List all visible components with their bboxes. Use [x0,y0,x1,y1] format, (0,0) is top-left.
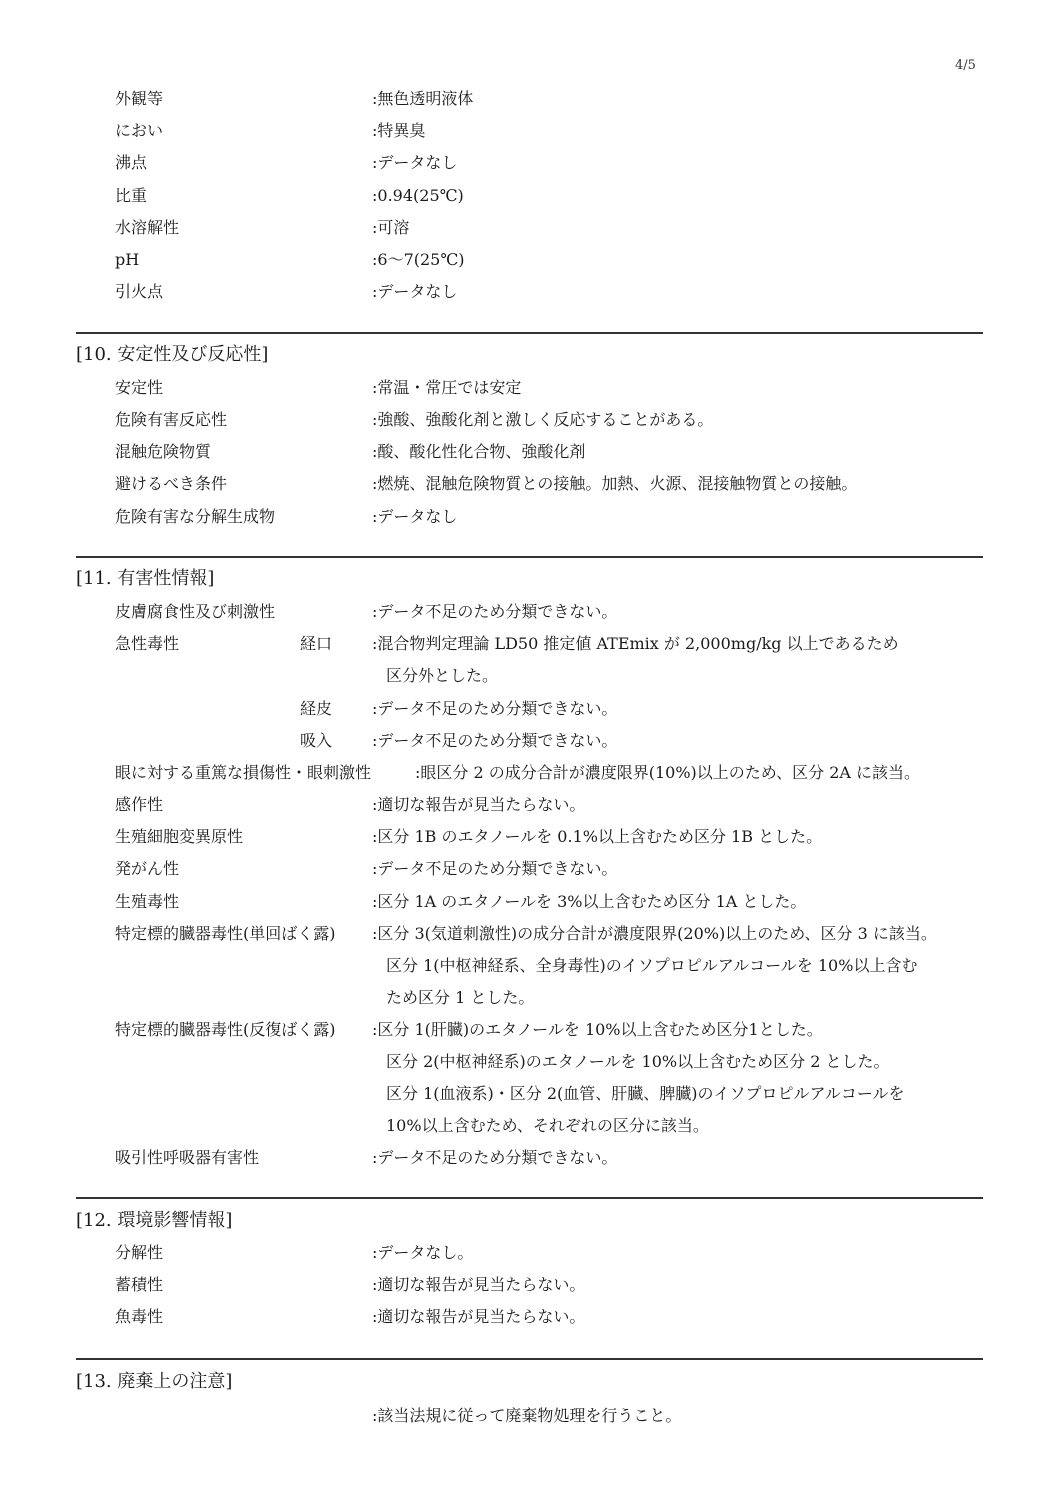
property-sublabel: 経皮 [300,697,332,721]
property-sublabel: 経口 [300,632,332,656]
property-value-continued: 区分 2(中枢神経系)のエタノールを 10%以上含むため区分 2 とした。 [386,1050,889,1074]
section-heading: [13. 廃棄上の注意] [76,1369,232,1395]
property-label: 避けるべき条件 [115,472,227,496]
property-label: 蓄積性 [115,1273,163,1297]
property-value: :区分 3(気道刺激性)の成分合計が濃度限界(20%)以上のため、区分 3 に該… [372,922,937,946]
property-label: 急性毒性 [115,632,179,656]
property-value: :適切な報告が見当たらない。 [372,1305,585,1329]
property-sublabel: 吸入 [300,729,332,753]
property-label: 吸引性呼吸器有害性 [115,1146,259,1170]
property-value: :可溶 [372,216,409,240]
property-value-continued: 10%以上含むため、それぞれの区分に該当。 [386,1114,709,1138]
property-value-continued: 区分 1(血液系)・区分 2(血管、肝臓、脾臓)のイソプロピルアルコールを [386,1082,905,1106]
property-value: :適切な報告が見当たらない。 [372,793,585,817]
section-divider [76,1358,983,1360]
property-label: pH [115,248,139,272]
property-value: :強酸、強酸化剤と激しく反応することがある。 [372,408,713,432]
property-value: :混合物判定理論 LD50 推定値 ATEmix が 2,000mg/kg 以上… [372,632,899,656]
property-value: :6～7(25℃) [372,248,465,272]
section-divider [76,556,983,558]
property-label: 魚毒性 [115,1305,163,1329]
property-value: :0.94(25℃) [372,184,464,208]
property-label: 特定標的臓器毒性(反復ばく露) [115,1018,336,1042]
property-value: :データなし [372,280,457,304]
property-value: :特異臭 [372,119,425,143]
property-label: におい [115,119,163,143]
property-value: :データ不足のため分類できない。 [372,857,617,881]
property-value: :区分 1A のエタノールを 3%以上含むため区分 1A とした。 [372,890,806,914]
property-value: :データ不足のため分類できない。 [372,729,617,753]
property-label: 特定標的臓器毒性(単回ばく露) [115,922,336,946]
property-label: 発がん性 [115,857,179,881]
property-label: 眼に対する重篤な損傷性・眼刺激性 [115,761,371,785]
property-value: :無色透明液体 [372,87,473,111]
property-label: 皮膚腐食性及び刺激性 [115,600,275,624]
property-value: :該当法規に従って廃棄物処理を行うこと。 [372,1404,681,1428]
property-value: :データ不足のため分類できない。 [372,697,617,721]
property-label: 比重 [115,184,147,208]
property-label: 感作性 [115,793,163,817]
section-divider [76,332,983,334]
property-label: 危険有害反応性 [115,408,227,432]
property-value: :データなし [372,151,457,175]
page-number: 4/5 [955,58,976,73]
property-label: 生殖毒性 [115,890,179,914]
property-value: :眼区分 2 の成分合計が濃度限界(10%)以上のため、区分 2A に該当。 [415,761,920,785]
property-value: :データ不足のため分類できない。 [372,1146,617,1170]
property-value: :適切な報告が見当たらない。 [372,1273,585,1297]
property-label: 引火点 [115,280,163,304]
section-heading: [12. 環境影響情報] [76,1208,232,1234]
property-label: 生殖細胞変異原性 [115,825,243,849]
property-value-continued: 区分外とした。 [386,664,498,688]
property-label: 沸点 [115,151,147,175]
property-value: :常温・常圧では安定 [372,376,521,400]
property-value: :区分 1B のエタノールを 0.1%以上含むため区分 1B とした。 [372,825,822,849]
property-label: 外観等 [115,87,163,111]
property-value: :データなし。 [372,1241,473,1265]
property-value: :データ不足のため分類できない。 [372,600,617,624]
section-divider [76,1197,983,1199]
property-label: 安定性 [115,376,163,400]
property-label: 分解性 [115,1241,163,1265]
property-label: 水溶解性 [115,216,179,240]
property-value-continued: 区分 1(中枢神経系、全身毒性)のイソプロピルアルコールを 10%以上含む [386,954,917,978]
property-value-continued: ため区分 1 とした。 [386,986,534,1010]
property-label: 混触危険物質 [115,440,211,464]
property-value: :燃焼、混触危険物質との接触。加熱、火源、混接触物質との接触。 [372,472,857,496]
section-heading: [10. 安定性及び反応性] [76,342,268,368]
section-heading: [11. 有害性情報] [76,566,214,592]
property-value: :区分 1(肝臓)のエタノールを 10%以上含むため区分1とした。 [372,1018,823,1042]
property-value: :データなし [372,505,457,529]
property-label: 危険有害な分解生成物 [115,505,275,529]
property-value: :酸、酸化性化合物、強酸化剤 [372,440,585,464]
